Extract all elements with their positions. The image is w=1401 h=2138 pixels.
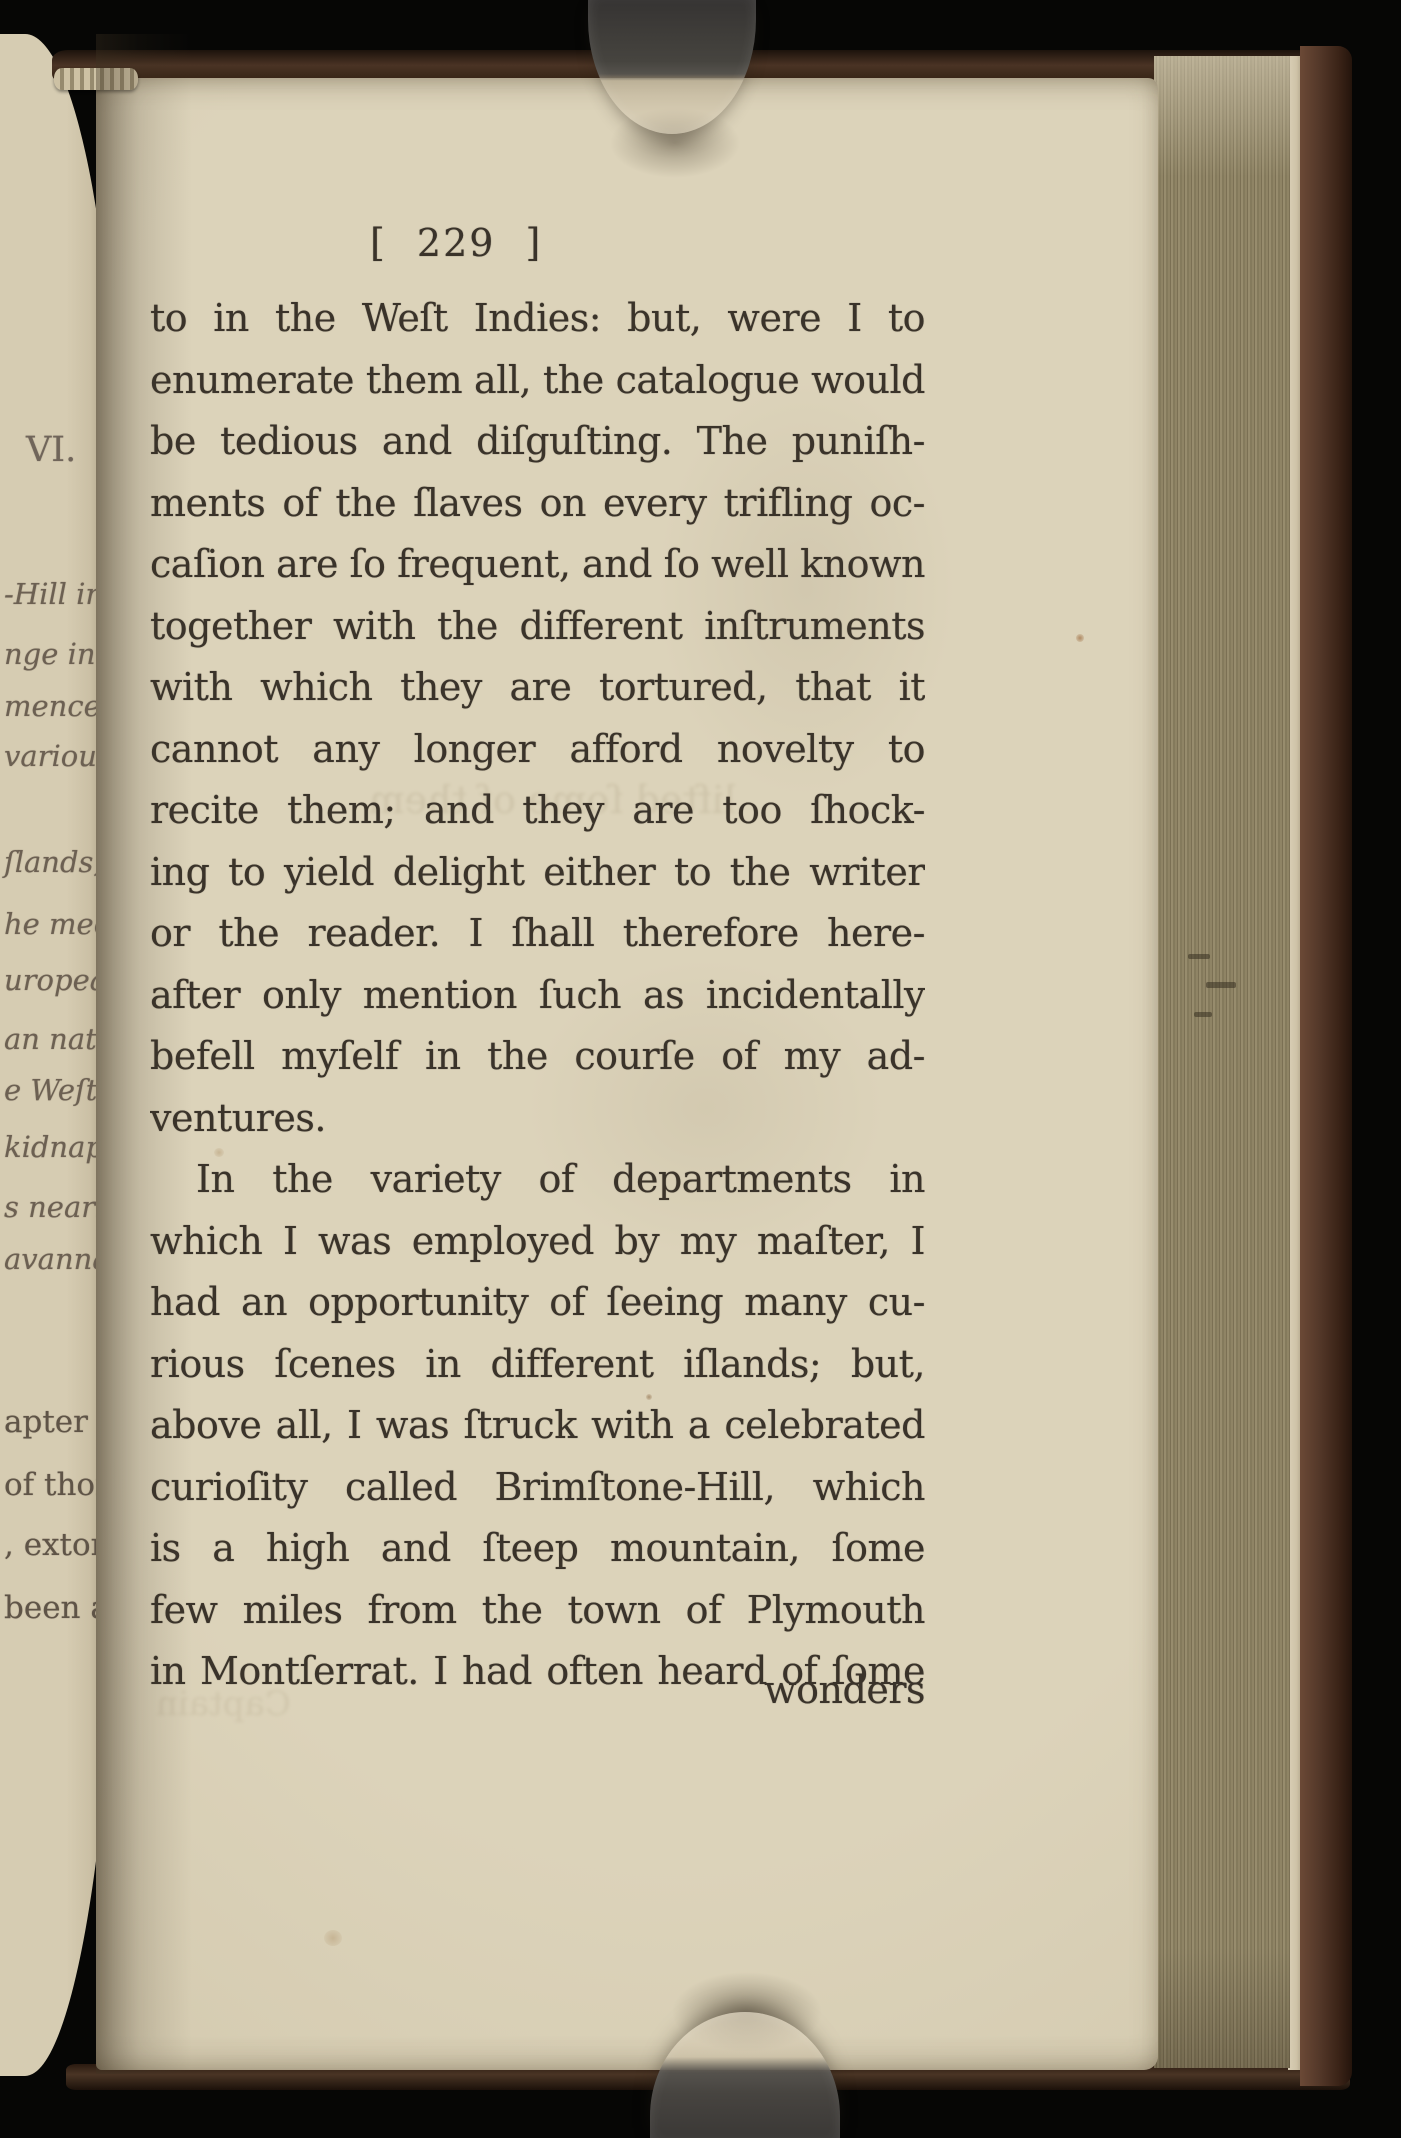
text-line: few miles from the town of Plymouth bbox=[150, 1580, 925, 1642]
fore-edge-mark bbox=[1194, 1012, 1212, 1017]
book-photo: VI. -Hill in M nge in th mences m variou… bbox=[0, 0, 1401, 2138]
text-line: rious ſcenes in different iſlands; but, bbox=[150, 1334, 925, 1396]
page-number-header: [ 229 ] bbox=[370, 221, 542, 265]
text-line: which I was employed by my maſter, I bbox=[150, 1211, 925, 1273]
text-line: In the variety of departments in bbox=[150, 1149, 925, 1211]
text-line: be tedious and diſguſting. The puniſh- bbox=[150, 411, 925, 473]
fore-edge-mark bbox=[1188, 954, 1210, 959]
text-line: caſion are ſo frequent, and ſo well know… bbox=[150, 534, 925, 596]
text-line: ventures. bbox=[150, 1088, 925, 1150]
text-line: or the reader. I ſhall therefore here- bbox=[150, 903, 925, 965]
text-line: recite them; and they are too ſhock- bbox=[150, 780, 925, 842]
text-line: ing to yield delight either to the write… bbox=[150, 842, 925, 904]
foxing-speck bbox=[1076, 634, 1084, 642]
text-line: after only mention ſuch as incidentally bbox=[150, 965, 925, 1027]
text-line: above all, I was ſtruck with a celebrate… bbox=[150, 1395, 925, 1457]
gutter-shadow bbox=[96, 34, 192, 2074]
text-line: cannot any longer afford novelty to bbox=[150, 719, 925, 781]
text-line: is a high and ſteep mountain, ſome bbox=[150, 1518, 925, 1580]
body-text: to in the Weſt Indies: but, were I to en… bbox=[150, 288, 925, 1703]
text-line: curioſity called Brimſtone-Hill, which bbox=[150, 1457, 925, 1519]
catchword: wonders bbox=[150, 1668, 925, 1712]
leather-cover-right bbox=[1300, 46, 1352, 2086]
text-line: ments of the ſlaves on every trifling oc… bbox=[150, 473, 925, 535]
book-fore-edge bbox=[1154, 56, 1290, 2068]
book-page: [ 229 ] lifted ſome of them Captain to i… bbox=[96, 78, 1158, 2070]
text-line: had an opportunity of ſeeing many cu- bbox=[150, 1272, 925, 1334]
text-line: with which they are tortured, that it bbox=[150, 657, 925, 719]
fore-edge-mark bbox=[1206, 982, 1236, 988]
text-line: enumerate them all, the catalogue would bbox=[150, 350, 925, 412]
text-line: together with the different inſtruments bbox=[150, 596, 925, 658]
text-line: to in the Weſt Indies: but, were I to bbox=[150, 288, 925, 350]
text-line: befell myſelf in the courſe of my ad- bbox=[150, 1026, 925, 1088]
foxing-speck bbox=[324, 1930, 342, 1946]
